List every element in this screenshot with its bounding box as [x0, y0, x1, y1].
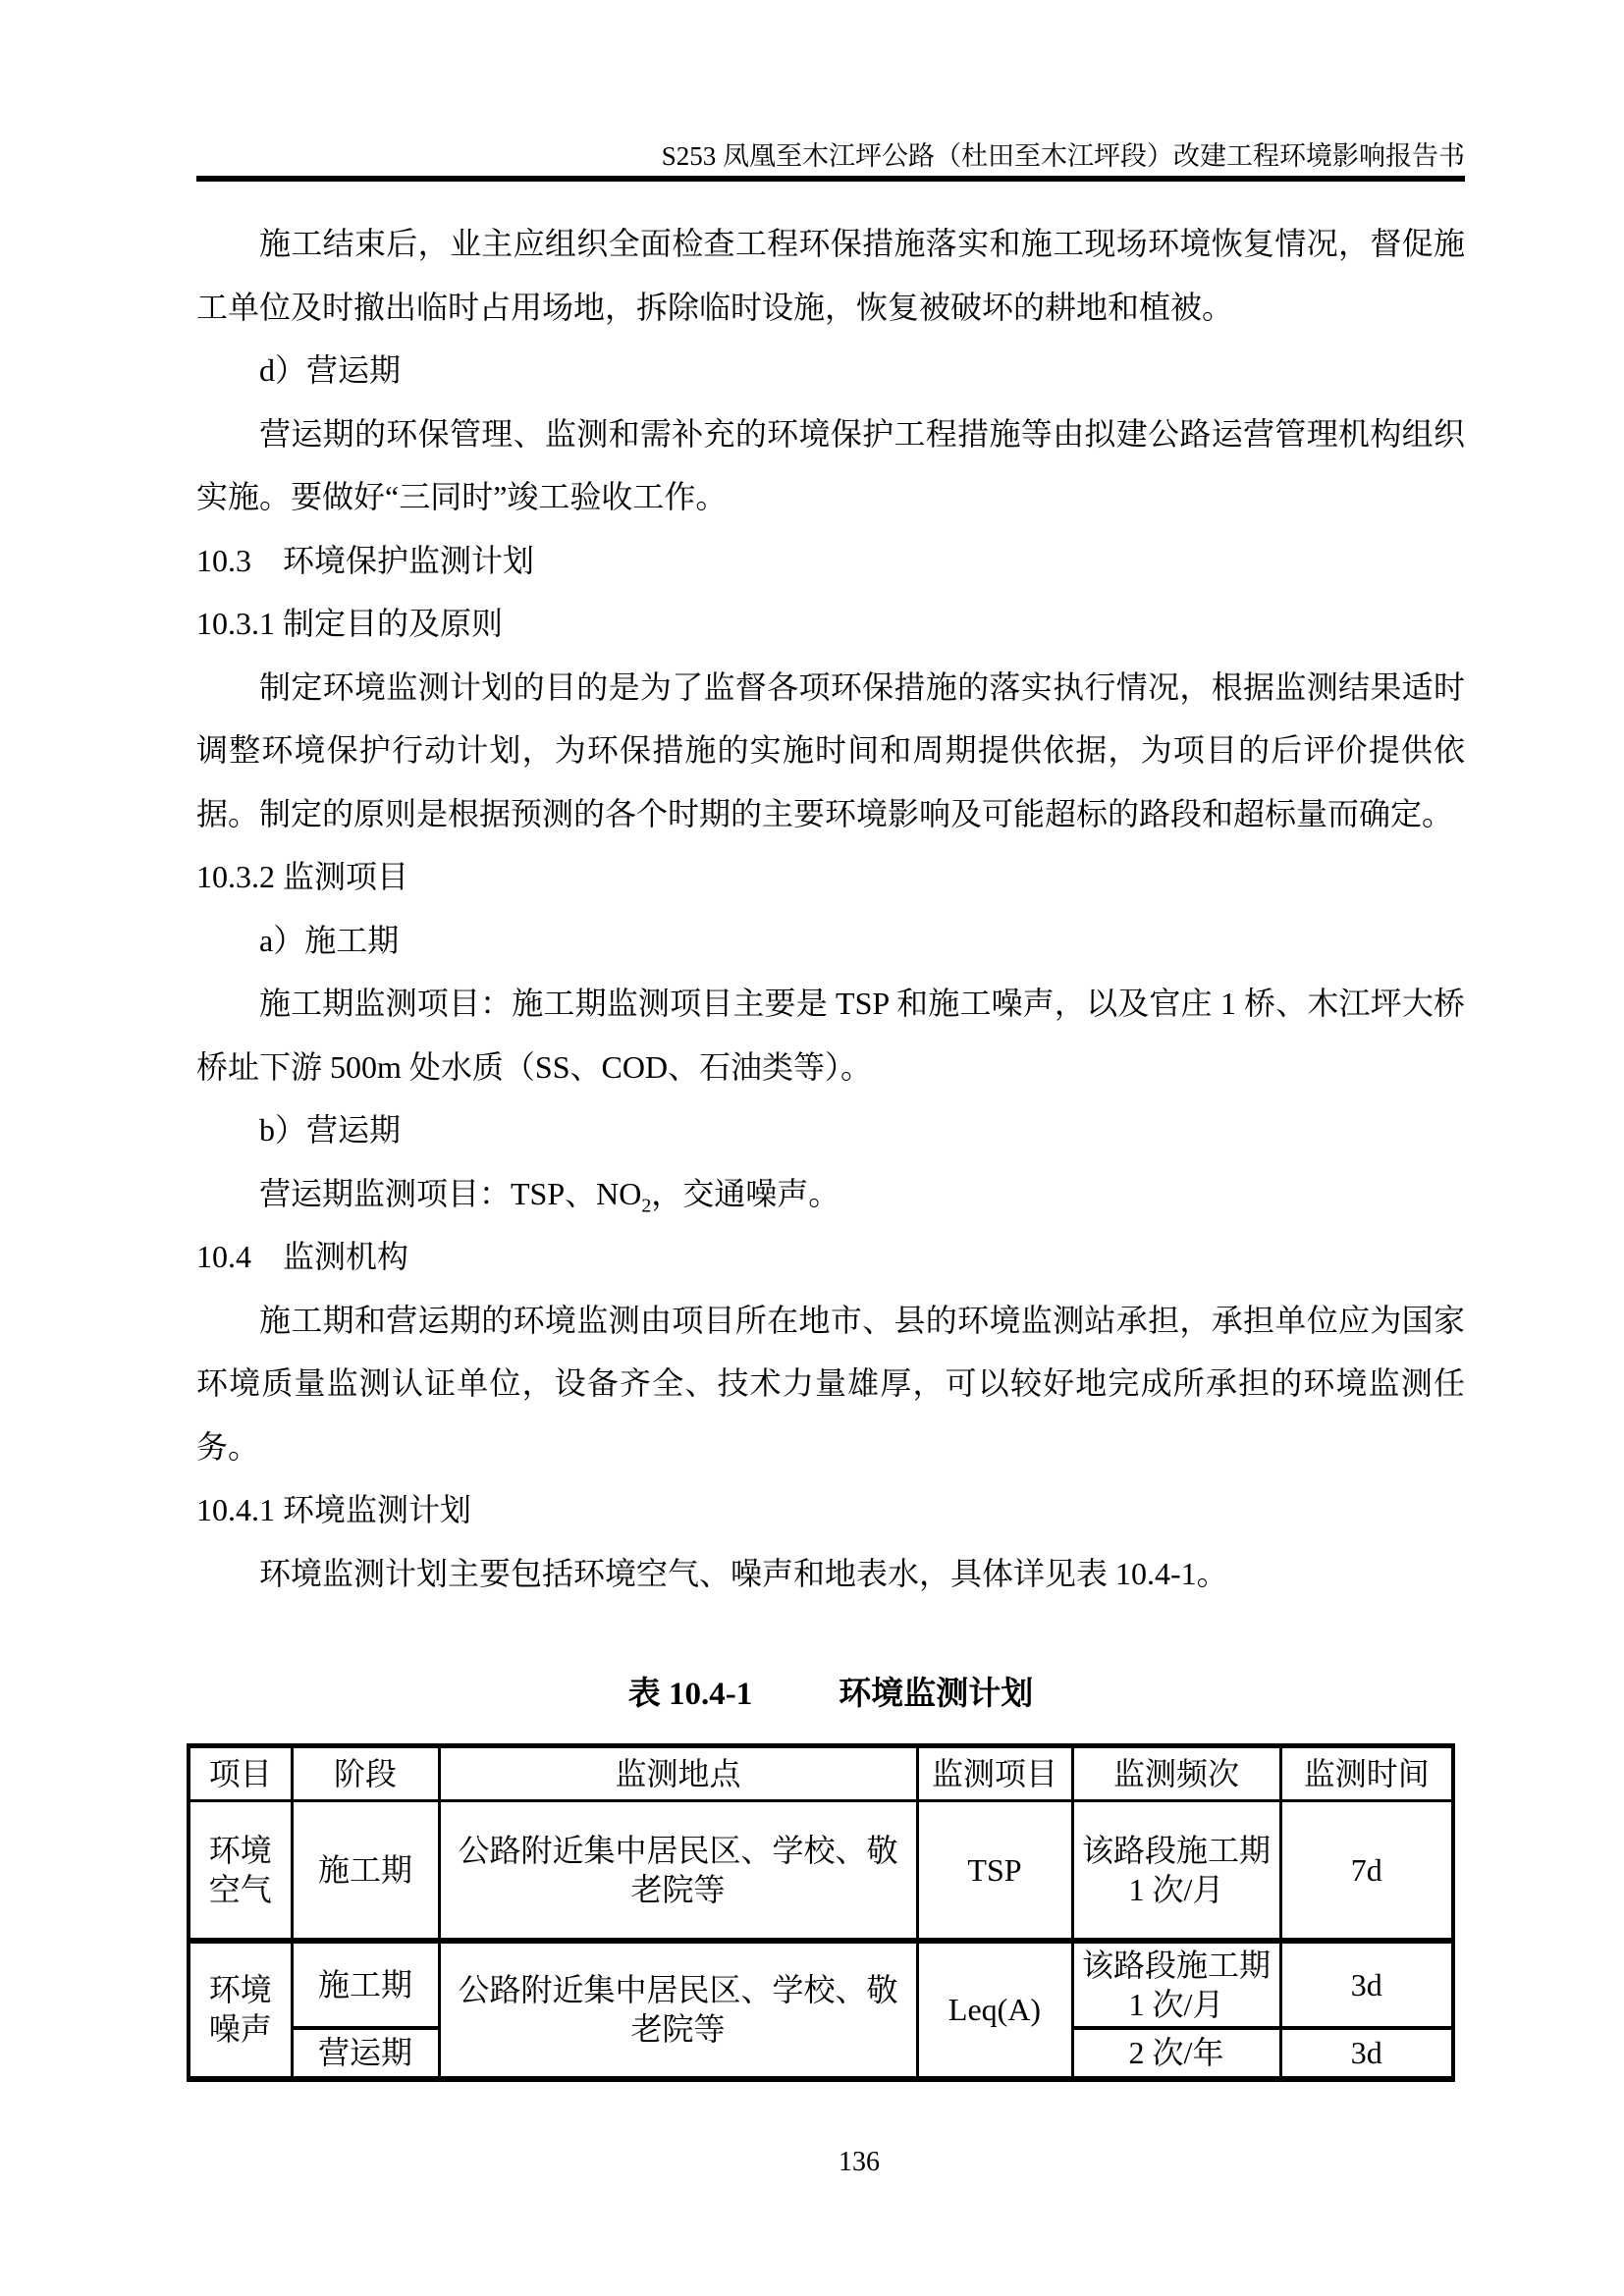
page-number: 136 [245, 2146, 1473, 2179]
table-header-row: 项目 阶段 监测地点 监测项目 监测频次 监测时间 [189, 1746, 1453, 1801]
cell-air-stage: 施工期 [292, 1801, 439, 1941]
list-item-a-construction-period: a）施工期 [196, 909, 1465, 973]
list-item-d-operation-period: d）营运期 [196, 339, 1465, 402]
heading-10-3: 10.3 环境保护监测计划 [196, 529, 1465, 593]
cell-noise-item: 环境噪声 [189, 1941, 292, 2079]
paragraph-operation-management: 营运期的环保管理、监测和需补充的环境保护工程措施等由拟建公路运营管理机构组织实施… [196, 402, 1465, 529]
paragraph-monitoring-organization: 施工期和营运期的环境监测由项目所在地市、县的环境监测站承担，承担单位应为国家环境… [196, 1289, 1465, 1479]
cell-noise-time-operation: 3d [1280, 2028, 1453, 2079]
column-header-parameter: 监测项目 [917, 1746, 1072, 1801]
cell-noise-location: 公路附近集中居民区、学校、敬老院等 [439, 1941, 917, 2079]
operation-items-text-tail: ，交通噪声。 [651, 1176, 839, 1211]
heading-10-4-1: 10.4.1 环境监测计划 [196, 1478, 1465, 1542]
cell-air-location: 公路附近集中居民区、学校、敬老院等 [439, 1801, 917, 1941]
cell-noise-frequency-operation: 2 次/年 [1072, 2028, 1280, 2079]
cell-air-parameter: TSP [917, 1801, 1072, 1941]
heading-10-3-1: 10.3.1 制定目的及原则 [196, 592, 1465, 656]
paragraph-monitoring-plan: 环境监测计划主要包括环境空气、噪声和地表水，具体详见表 10.4-1。 [196, 1542, 1465, 1606]
heading-10-3-2: 10.3.2 监测项目 [196, 845, 1465, 909]
column-header-item: 项目 [189, 1746, 292, 1801]
table-caption: 表 10.4-1环境监测计划 [196, 1672, 1465, 1717]
paragraph-operation-items: 营运期监测项目：TSP、NO2，交通噪声。 [196, 1162, 1465, 1226]
operation-items-text: 营运期监测项目：TSP、NO [259, 1176, 641, 1211]
cell-air-item: 环境空气 [189, 1801, 292, 1941]
cell-noise-frequency-construction: 该路段施工期 1 次/月 [1072, 1941, 1280, 2028]
table-row-air: 环境空气 施工期 公路附近集中居民区、学校、敬老院等 TSP 该路段施工期 1 … [189, 1801, 1453, 1941]
paragraph-construction-end: 施工结束后，业主应组织全面检查工程环保措施落实和施工现场环境恢复情况，督促施工单… [196, 212, 1465, 339]
table-caption-label: 表 10.4-1 [628, 1677, 753, 1712]
body-text: 施工结束后，业主应组织全面检查工程环保措施落实和施工现场环境恢复情况，督促施工单… [196, 212, 1465, 1605]
no2-subscript: 2 [641, 1195, 651, 1216]
page-header: S253 凤凰至木江坪公路（杜田至木江坪段）改建工程环境影响报告书 [196, 138, 1465, 182]
cell-noise-time-construction: 3d [1280, 1941, 1453, 2028]
column-header-time: 监测时间 [1280, 1746, 1453, 1801]
header-title: S253 凤凰至木江坪公路（杜田至木江坪段）改建工程环境影响报告书 [662, 141, 1465, 171]
cell-noise-stage-construction: 施工期 [292, 1941, 439, 2028]
cell-noise-parameter: Leq(A) [917, 1941, 1072, 2079]
document-page: S253 凤凰至木江坪公路（杜田至木江坪段）改建工程环境影响报告书 施工结束后，… [0, 0, 1624, 2296]
paragraph-plan-purpose: 制定环境监测计划的目的是为了监督各项环保措施的落实执行情况，根据监测结果适时调整… [196, 656, 1465, 846]
monitoring-plan-table: 项目 阶段 监测地点 监测项目 监测频次 监测时间 环境空气 施工期 公路附近集… [187, 1743, 1455, 2082]
column-header-stage: 阶段 [292, 1746, 439, 1801]
heading-10-4: 10.4 监测机构 [196, 1225, 1465, 1289]
cell-air-time: 7d [1280, 1801, 1453, 1941]
column-header-location: 监测地点 [439, 1746, 917, 1801]
paragraph-construction-items: 施工期监测项目：施工期监测项目主要是 TSP 和施工噪声，以及官庄 1 桥、木江… [196, 972, 1465, 1098]
cell-noise-stage-operation: 营运期 [292, 2028, 439, 2079]
table-row-noise-construction: 环境噪声 施工期 公路附近集中居民区、学校、敬老院等 Leq(A) 该路段施工期… [189, 1941, 1453, 2028]
cell-air-frequency: 该路段施工期 1 次/月 [1072, 1801, 1280, 1941]
list-item-b-operation-period: b）营运期 [196, 1098, 1465, 1162]
table-caption-title: 环境监测计划 [839, 1677, 1033, 1712]
column-header-frequency: 监测频次 [1072, 1746, 1280, 1801]
